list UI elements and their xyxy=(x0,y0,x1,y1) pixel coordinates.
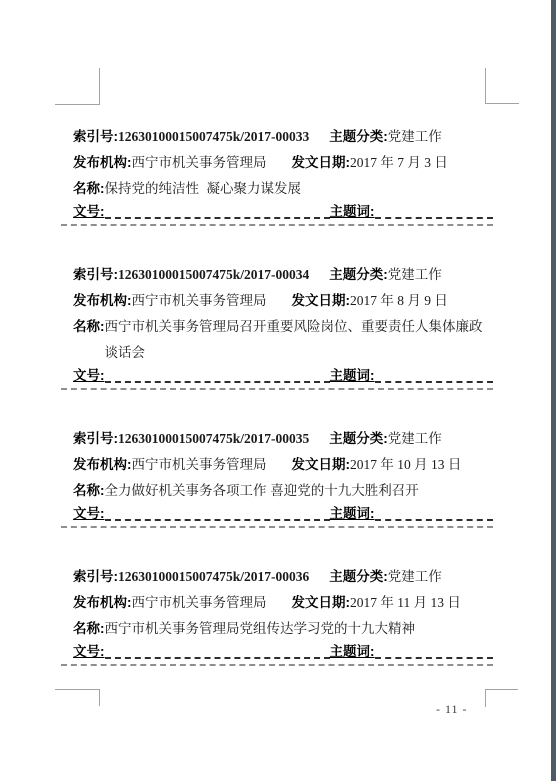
record-row-agency: 发布机构: 西宁市机关事务管理局 发文日期: 2017 年 7 月 3 日 xyxy=(73,150,493,176)
index-number: 12630100015007475k/2017-00036 xyxy=(118,564,309,590)
document-title: 西宁市机关事务管理局党组传达学习党的十九大精神 xyxy=(105,616,416,642)
index-label: 索引号: xyxy=(73,564,118,590)
keywords-label: 主题词: xyxy=(330,366,375,386)
issue-date: 2017 年 10 月 13 日 xyxy=(350,452,461,478)
doc-number-label: 文号: xyxy=(73,202,105,222)
agency-label: 发布机构: xyxy=(73,288,132,314)
issue-date: 2017 年 7 月 3 日 xyxy=(350,150,448,176)
window-edge-bar xyxy=(551,0,556,781)
record-row-index: 索引号: 12630100015007475k/2017-00036 主题分类:… xyxy=(73,564,493,590)
subject-category: 党建工作 xyxy=(388,426,442,452)
name-label: 名称: xyxy=(73,314,105,366)
document-title: 全力做好机关事务各项工作 喜迎党的十九大胜利召开 xyxy=(105,478,419,504)
issuing-agency: 西宁市机关事务管理局 xyxy=(132,288,267,314)
record-block: 索引号: 12630100015007475k/2017-00034 主题分类:… xyxy=(73,262,493,390)
record-row-name: 名称: 西宁市机关事务管理局党组传达学习党的十九大精神 xyxy=(73,616,493,642)
record-block: 索引号: 12630100015007475k/2017-00036 主题分类:… xyxy=(73,564,493,666)
record-row-index: 索引号: 12630100015007475k/2017-00033 主题分类:… xyxy=(73,124,493,150)
record-separator xyxy=(61,388,493,390)
index-label: 索引号: xyxy=(73,262,118,288)
keywords-label: 主题词: xyxy=(330,642,375,662)
keywords-blank xyxy=(375,366,493,383)
category-label: 主题分类: xyxy=(329,564,388,590)
record-row-docno-keywords: 文号: 主题词: xyxy=(73,642,493,662)
category-label: 主题分类: xyxy=(329,124,388,150)
record-row-agency: 发布机构: 西宁市机关事务管理局 发文日期: 2017 年 11 月 13 日 xyxy=(73,590,493,616)
agency-label: 发布机构: xyxy=(73,452,132,478)
keywords-label: 主题词: xyxy=(330,202,375,222)
issuing-agency: 西宁市机关事务管理局 xyxy=(132,150,267,176)
subject-category: 党建工作 xyxy=(388,564,442,590)
category-label: 主题分类: xyxy=(329,262,388,288)
doc-number-blank xyxy=(105,504,330,521)
issuing-agency: 西宁市机关事务管理局 xyxy=(132,590,267,616)
index-number: 12630100015007475k/2017-00035 xyxy=(118,426,309,452)
record-row-agency: 发布机构: 西宁市机关事务管理局 发文日期: 2017 年 8 月 9 日 xyxy=(73,288,493,314)
index-number: 12630100015007475k/2017-00033 xyxy=(118,124,309,150)
doc-number-label: 文号: xyxy=(73,366,105,386)
index-label: 索引号: xyxy=(73,124,118,150)
name-label: 名称: xyxy=(73,176,105,202)
date-label: 发文日期: xyxy=(292,288,351,314)
record-row-docno-keywords: 文号: 主题词: xyxy=(73,366,493,386)
record-row-index: 索引号: 12630100015007475k/2017-00035 主题分类:… xyxy=(73,426,493,452)
doc-number-label: 文号: xyxy=(73,642,105,662)
record-block: 索引号: 12630100015007475k/2017-00033 主题分类:… xyxy=(73,124,493,226)
document-title: 西宁市机关事务管理局召开重要风险岗位、重要责任人集体廉政谈话会 xyxy=(105,314,494,366)
keywords-blank xyxy=(375,504,493,521)
name-label: 名称: xyxy=(73,478,105,504)
name-label: 名称: xyxy=(73,616,105,642)
corner-mark-top-right xyxy=(485,68,519,104)
issue-date: 2017 年 11 月 13 日 xyxy=(350,590,461,616)
record-row-name: 名称: 保持党的纯洁性 凝心聚力谋发展 xyxy=(73,176,493,202)
index-number: 12630100015007475k/2017-00034 xyxy=(118,262,309,288)
index-label: 索引号: xyxy=(73,426,118,452)
record-row-name: 名称: 西宁市机关事务管理局召开重要风险岗位、重要责任人集体廉政谈话会 xyxy=(73,314,493,366)
corner-mark-top-left xyxy=(55,68,100,105)
subject-category: 党建工作 xyxy=(388,124,442,150)
category-label: 主题分类: xyxy=(329,426,388,452)
record-block: 索引号: 12630100015007475k/2017-00035 主题分类:… xyxy=(73,426,493,528)
date-label: 发文日期: xyxy=(292,150,351,176)
record-row-agency: 发布机构: 西宁市机关事务管理局 发文日期: 2017 年 10 月 13 日 xyxy=(73,452,493,478)
date-label: 发文日期: xyxy=(292,452,351,478)
issuing-agency: 西宁市机关事务管理局 xyxy=(132,452,267,478)
record-row-index: 索引号: 12630100015007475k/2017-00034 主题分类:… xyxy=(73,262,493,288)
record-separator xyxy=(61,664,493,666)
page-number: - 11 - xyxy=(436,702,468,717)
subject-category: 党建工作 xyxy=(388,262,442,288)
doc-number-blank xyxy=(105,366,330,383)
doc-number-label: 文号: xyxy=(73,504,105,524)
keywords-blank xyxy=(375,202,493,219)
issue-date: 2017 年 8 月 9 日 xyxy=(350,288,448,314)
doc-number-blank xyxy=(105,202,330,219)
keywords-blank xyxy=(375,642,493,659)
record-row-name: 名称: 全力做好机关事务各项工作 喜迎党的十九大胜利召开 xyxy=(73,478,493,504)
document-body: 索引号: 12630100015007475k/2017-00033 主题分类:… xyxy=(73,124,493,702)
keywords-label: 主题词: xyxy=(330,504,375,524)
record-row-docno-keywords: 文号: 主题词: xyxy=(73,202,493,222)
record-row-docno-keywords: 文号: 主题词: xyxy=(73,504,493,524)
record-separator xyxy=(61,224,493,226)
agency-label: 发布机构: xyxy=(73,590,132,616)
agency-label: 发布机构: xyxy=(73,150,132,176)
doc-number-blank xyxy=(105,642,330,659)
date-label: 发文日期: xyxy=(292,590,351,616)
document-title: 保持党的纯洁性 凝心聚力谋发展 xyxy=(105,176,302,202)
record-separator xyxy=(61,526,493,528)
